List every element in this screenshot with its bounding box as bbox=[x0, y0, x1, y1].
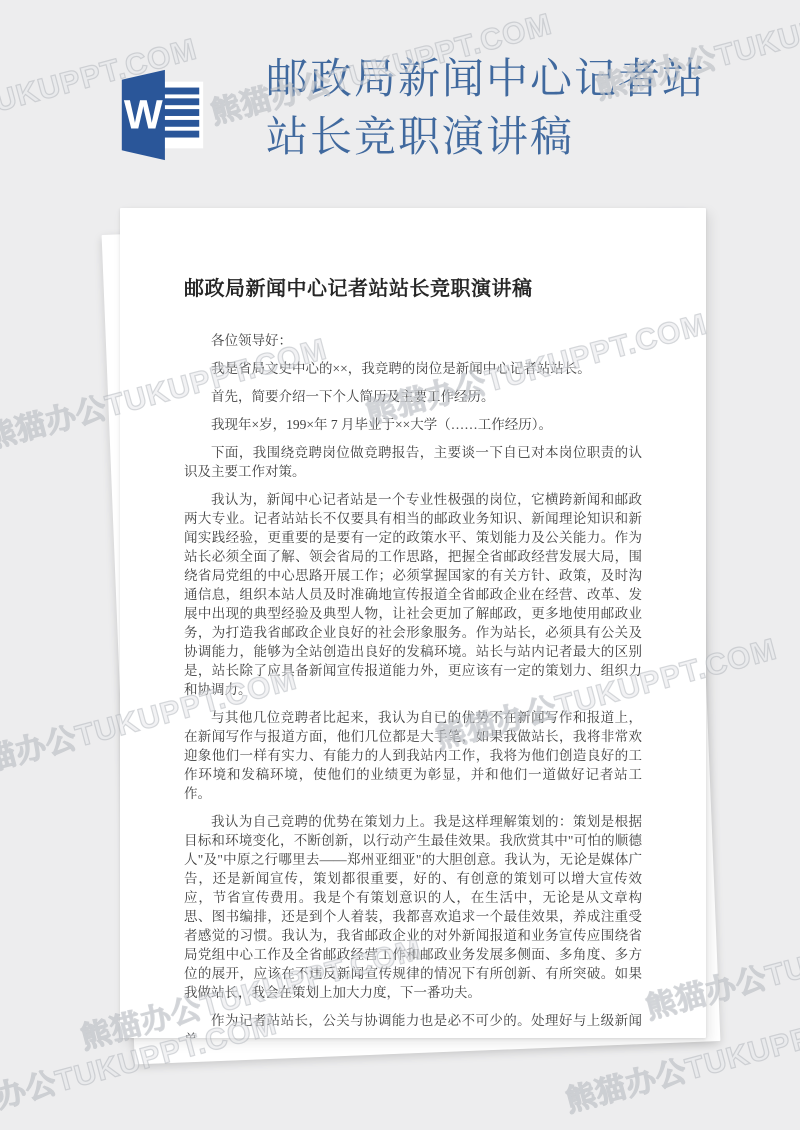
word-icon: W bbox=[112, 63, 210, 167]
document-title: 邮政局新闻中心记者站站长竞职演讲稿 bbox=[184, 272, 642, 301]
preview-title-line2: 站长竞职演讲稿 bbox=[266, 108, 706, 166]
document-paragraph: 与其他几位竞聘者比起来，我认为自已的优势不在新闻写作和报道上，在新闻写作与报道方… bbox=[184, 708, 642, 803]
header: W 邮政局新闻中心记者站 站长竞职演讲稿 bbox=[0, 0, 800, 208]
document-paragraph: 我是省局文史中心的××，我竞聘的岗位是新闻中心记者站站长。 bbox=[184, 359, 642, 378]
front-page: 邮政局新闻中心记者站站长竞职演讲稿 各位领导好：我是省局文史中心的××，我竞聘的… bbox=[120, 208, 706, 1038]
document-paragraph: 我认为自己竞聘的优势在策划力上。我是这样理解策划的：策划是根据目标和环境变化，不… bbox=[184, 812, 642, 1002]
document-paragraph: 作为记者站站长，公关与协调能力也是必不可少的。处理好与上级新闻单 bbox=[184, 1011, 642, 1038]
document-body: 各位领导好：我是省局文史中心的××，我竞聘的岗位是新闻中心记者站站长。首先，简要… bbox=[184, 331, 642, 1038]
document-paragraph: 首先，简要介绍一下个人简历及主要工作经历。 bbox=[184, 387, 642, 406]
document-paragraph: 下面，我围绕竞聘岗位做竞聘报告，主要谈一下自已对本岗位职责的认识及主要工作对策。 bbox=[184, 443, 642, 481]
preview-title-line1: 邮政局新闻中心记者站 bbox=[266, 50, 706, 108]
preview-title: 邮政局新闻中心记者站 站长竞职演讲稿 bbox=[266, 50, 706, 166]
document-paragraph: 我现年×岁，199×年 7 月毕业于××大学（……工作经历）。 bbox=[184, 415, 642, 434]
template-preview: 邮政局新闻中心记者站站长竞职演讲稿 各位领导好：我是省局文史中心的××，我竞聘的… bbox=[0, 0, 800, 1130]
word-letter: W bbox=[124, 92, 163, 138]
document-paragraph: 各位领导好： bbox=[184, 331, 642, 350]
document-paragraph: 我认为，新闻中心记者站是一个专业性极强的岗位，它横跨新闻和邮政两大专业。记者站站… bbox=[184, 490, 642, 699]
